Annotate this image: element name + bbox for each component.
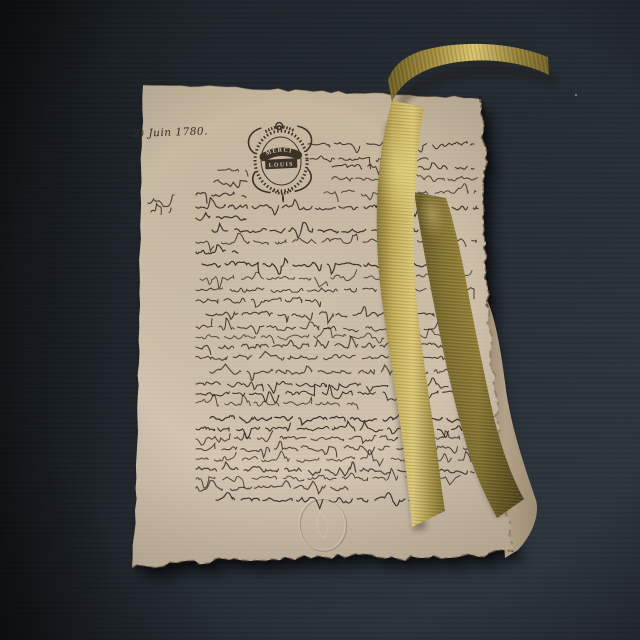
photo-scene: 2) Juin 1780. MERCI LOUIS	[0, 0, 640, 640]
manuscript-photo: 2) Juin 1780. MERCI LOUIS	[0, 0, 640, 640]
dust-speck	[575, 94, 577, 96]
